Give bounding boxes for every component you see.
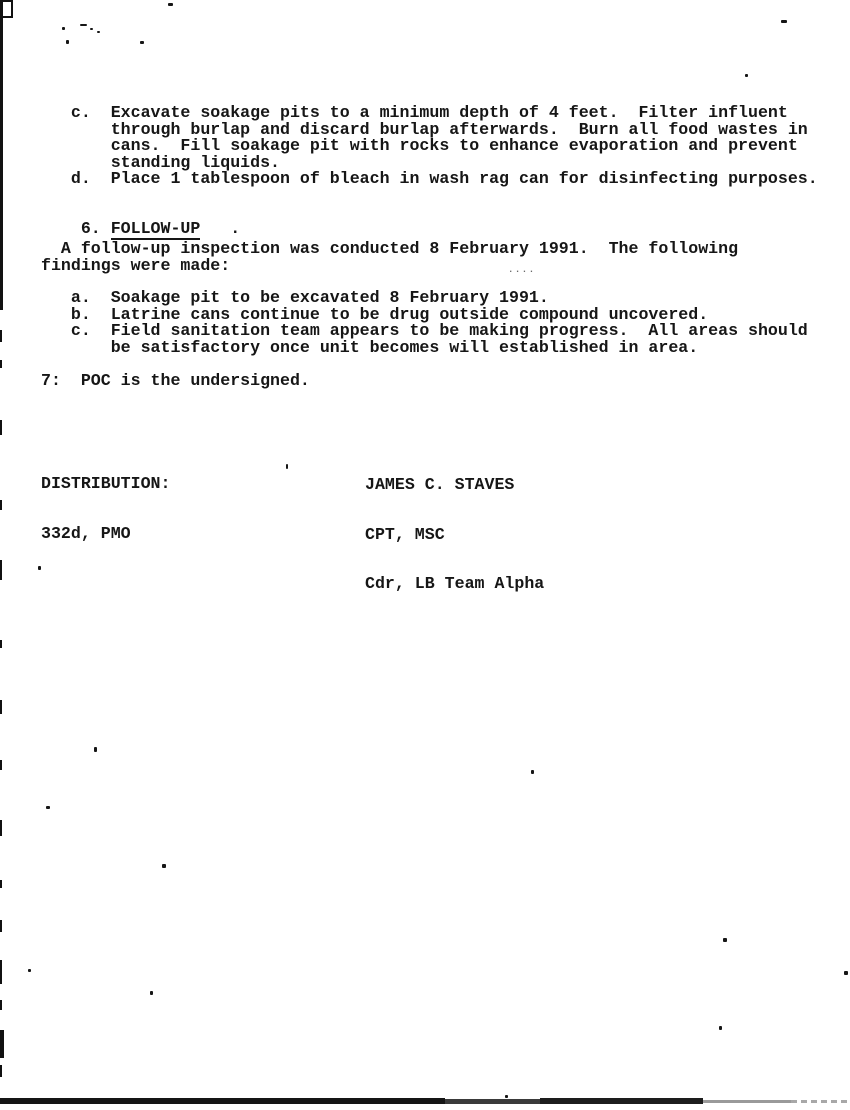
scan-speck: [286, 464, 288, 469]
scan-left-strip: [0, 880, 2, 888]
poc-line: 7: POC is the undersigned.: [41, 373, 310, 390]
signature-rank: CPT, MSC: [365, 527, 544, 544]
scan-speck: [94, 747, 97, 752]
distribution-label: DISTRIBUTION:: [41, 476, 170, 493]
scan-left-strip: [0, 640, 2, 648]
scan-speck: [46, 806, 50, 809]
item-c-d-paragraph: c. Excavate soakage pits to a minimum de…: [41, 105, 818, 188]
scan-left-strip: [0, 360, 2, 368]
scan-bottom-bar: [0, 1098, 445, 1104]
section6-title: FOLLOW-UP: [111, 219, 201, 240]
scan-speck: [66, 40, 69, 44]
scan-bottom-bar: [445, 1099, 540, 1104]
scan-speck: [90, 28, 93, 30]
scan-left-strip: [0, 1065, 2, 1077]
scan-speck: [723, 938, 727, 942]
scan-speck: [162, 864, 166, 868]
scan-left-strip: [0, 330, 2, 342]
scan-left-strip: [0, 920, 2, 932]
scan-speck: [80, 24, 87, 26]
scan-speck: [168, 3, 173, 6]
scan-speck: [844, 971, 848, 975]
distribution-recipient: 332d, PMO: [41, 526, 170, 543]
scan-left-strip: [0, 960, 2, 984]
faint-dots-mark: ....: [508, 265, 536, 275]
scan-speck: [28, 969, 31, 972]
section6-trailing-mark: .: [200, 219, 240, 238]
scan-speck: [531, 770, 534, 774]
scan-speck: [719, 1026, 722, 1030]
scan-speck: [38, 566, 41, 570]
scan-left-strip: [0, 500, 2, 510]
scan-bottom-bar: [540, 1098, 703, 1104]
section6-number: 6.: [81, 219, 111, 238]
scan-left-strip: [0, 1000, 2, 1010]
scan-left-strip: [0, 760, 2, 770]
signature-name: JAMES C. STAVES: [365, 477, 544, 494]
scan-left-strip: [0, 700, 2, 714]
scan-left-strip: [0, 420, 2, 435]
scanned-memo-page: c. Excavate soakage pits to a minimum de…: [0, 0, 850, 1110]
scan-left-strip: [0, 0, 3, 310]
scan-speck: [505, 1095, 508, 1098]
scan-speck: [62, 27, 65, 30]
followup-intro-paragraph: A follow-up inspection was conducted 8 F…: [41, 241, 738, 274]
signature-title: Cdr, LB Team Alpha: [365, 576, 544, 593]
scan-speck: [781, 20, 787, 23]
scan-bottom-bar: [703, 1100, 791, 1103]
scan-speck: [140, 41, 144, 44]
findings-list: a. Soakage pit to be excavated 8 Februar…: [41, 290, 808, 356]
signature-block: JAMES C. STAVES CPT, MSC Cdr, LB Team Al…: [365, 444, 544, 626]
scan-left-strip: [0, 1030, 4, 1058]
scan-left-strip: [0, 820, 2, 836]
distribution-block: DISTRIBUTION: 332d, PMO: [41, 443, 170, 575]
scan-speck: [97, 31, 100, 33]
scan-speck: [745, 74, 748, 77]
scan-left-strip: [0, 560, 2, 580]
scan-speck: [150, 991, 153, 995]
scan-bottom-bar: [791, 1100, 848, 1103]
